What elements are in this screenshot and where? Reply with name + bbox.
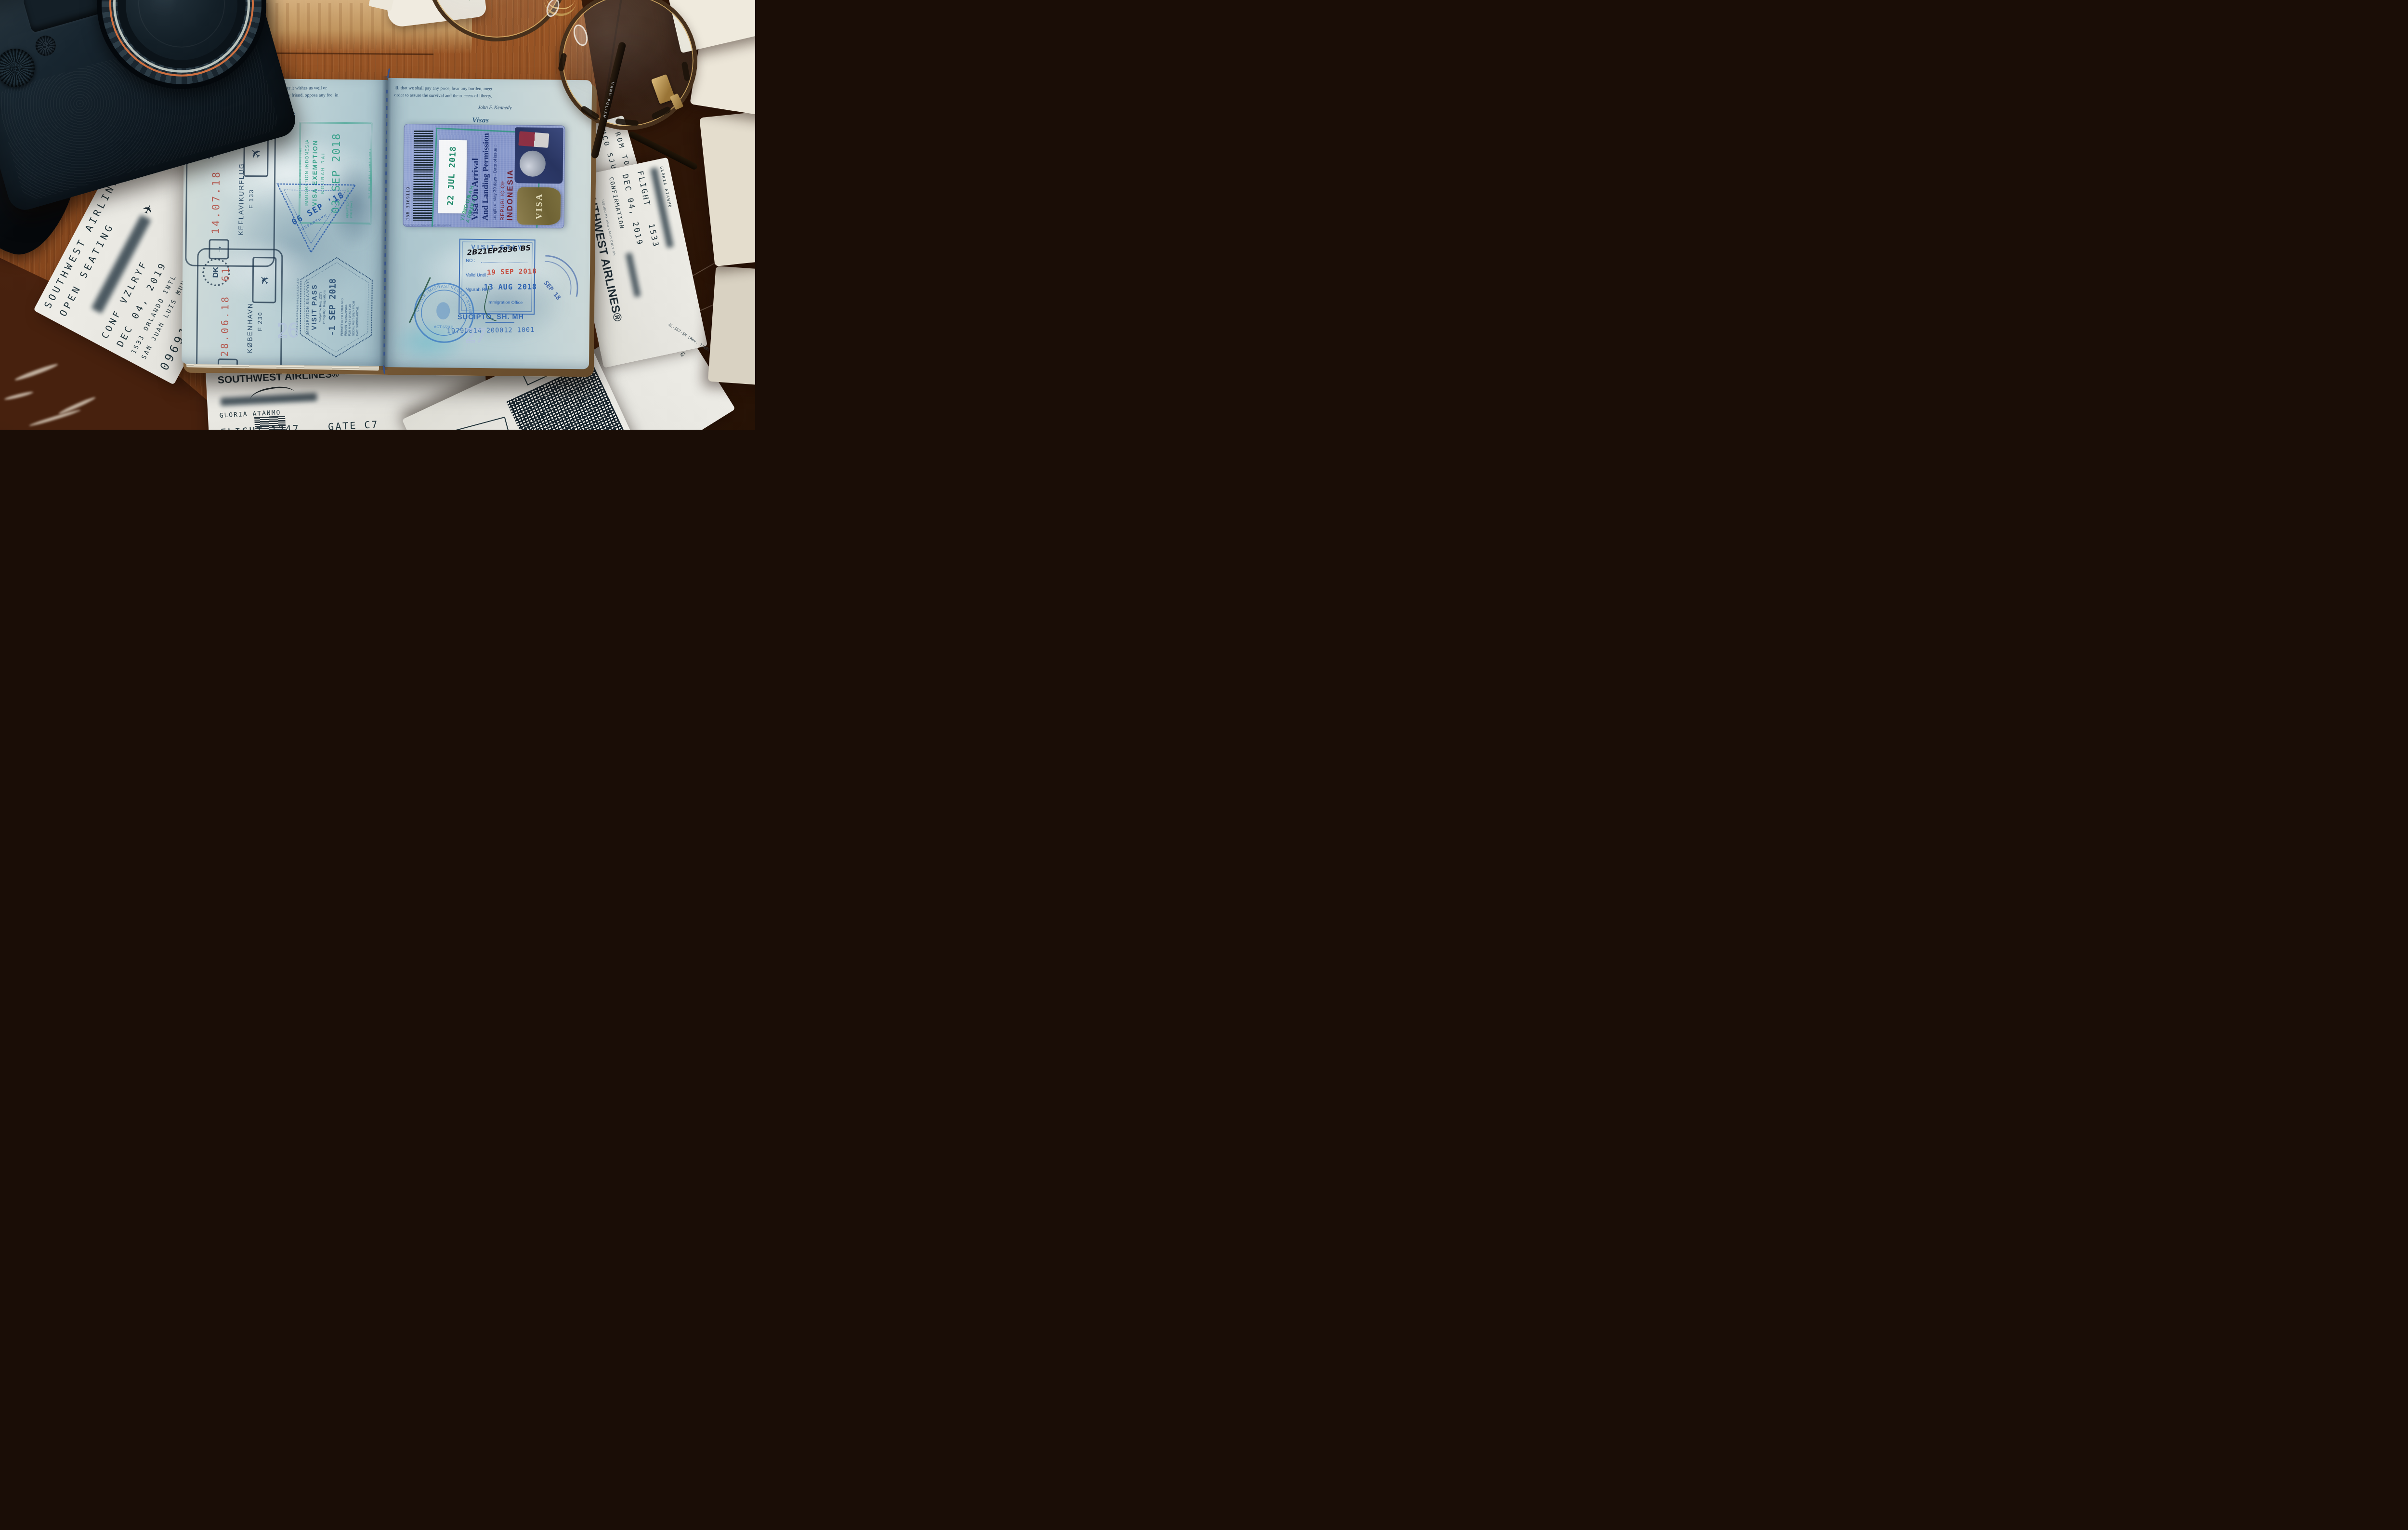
visas-heading-right: Visas [472, 117, 489, 125]
stamp-body: DATE SHOWN ABOVE. [356, 306, 360, 336]
stamp-body: REMAIN IN SINGAPORE [345, 304, 348, 336]
passport-page-27: ill, that we shall pay any price, bear a… [385, 78, 592, 369]
airplane-box-icon: ✈ [252, 257, 276, 303]
date: 28.06.18 [219, 295, 231, 357]
date: 14.07.18 [210, 170, 222, 234]
page-number-26: 26 [277, 317, 299, 343]
censored-confirmation [626, 252, 641, 297]
airplane-glyph: ✈ [256, 272, 273, 289]
quote-line: order to assure the survival and the suc… [394, 92, 544, 101]
stamp-body: SOCIAL VISIT ONLY FROM [353, 301, 356, 336]
indonesia-visa-sticker: SARIVISARIVISARIVISARIVISARIVISARIVI J5B… [403, 124, 565, 228]
stamp-number: 61 [220, 266, 231, 281]
crumpled-receipt-paper [708, 266, 755, 385]
stamp-date: -1 SEP 2018 [327, 254, 338, 361]
visa-shield-gold: VISA [517, 187, 561, 225]
linear-barcode [254, 416, 287, 430]
airport-name: KØBENHAVN [246, 303, 254, 353]
emblem-circle [520, 150, 546, 177]
stamp-body: FOR NINETY DAYS FOR [349, 304, 352, 336]
no-label: NO : [466, 258, 475, 264]
jfk-quote-right: ill, that we shall pay any price, bear a… [394, 85, 544, 101]
sticker-barcode [413, 130, 433, 221]
denmark-entry-stamp: → DK 28.06.18 61 KØBENHAVN F 230 ✈ [196, 248, 283, 366]
singapore-visit-pass-stamp: IMMIGRATION SINGAPORE VISIT PASS Subject… [296, 253, 376, 361]
boarding-group-box: BOARDING GROUP C POSITION [432, 417, 524, 430]
sticker-dark-header [514, 127, 563, 184]
officer-nip: 19790814 200012 1001 [447, 326, 535, 335]
flight-number: 1533 [647, 223, 661, 249]
officer-name: SUCIPTO, SH. MH [458, 313, 524, 321]
entry-date: 28.06.18 61 [219, 266, 231, 357]
sticker-title2: And Landing Permission [481, 133, 491, 221]
gate: GATE C7 [328, 419, 379, 430]
stamp-body: PERMITTED TO ENTER AND [341, 298, 344, 336]
valid-until-label: Valid Until : [466, 273, 488, 278]
red-white-flag [518, 131, 549, 148]
stamp-title: VISIT PASS [310, 253, 318, 360]
page-number-27: 27 [465, 322, 486, 347]
sticker-stay-line: Length of stay 30 days - Date of issue : [492, 145, 498, 221]
country-line2: INDONESIA [506, 169, 515, 221]
stamp-border-pattern: SIISIISIISIISIISIISIISIISIISIISIIS [368, 124, 372, 223]
valid-until-date: 19 SEP 2018 [487, 267, 537, 277]
visa-label: VISA [534, 193, 544, 219]
desk-code: F 133 [248, 189, 254, 209]
sticker-serial: J5B 3169119 [406, 186, 411, 221]
sticker-title1: Visa On Arrival [470, 158, 481, 220]
desk-code: F 230 [257, 311, 263, 331]
quote-attribution: John F. Kennedy [478, 104, 512, 112]
flight-label: FLIGHT [636, 170, 652, 208]
country-line1: REPUBLIC OF [500, 180, 506, 221]
travel-flatlay-photo: e d by the BOARDING PASS 4 FROM TO MCO S… [0, 0, 755, 430]
